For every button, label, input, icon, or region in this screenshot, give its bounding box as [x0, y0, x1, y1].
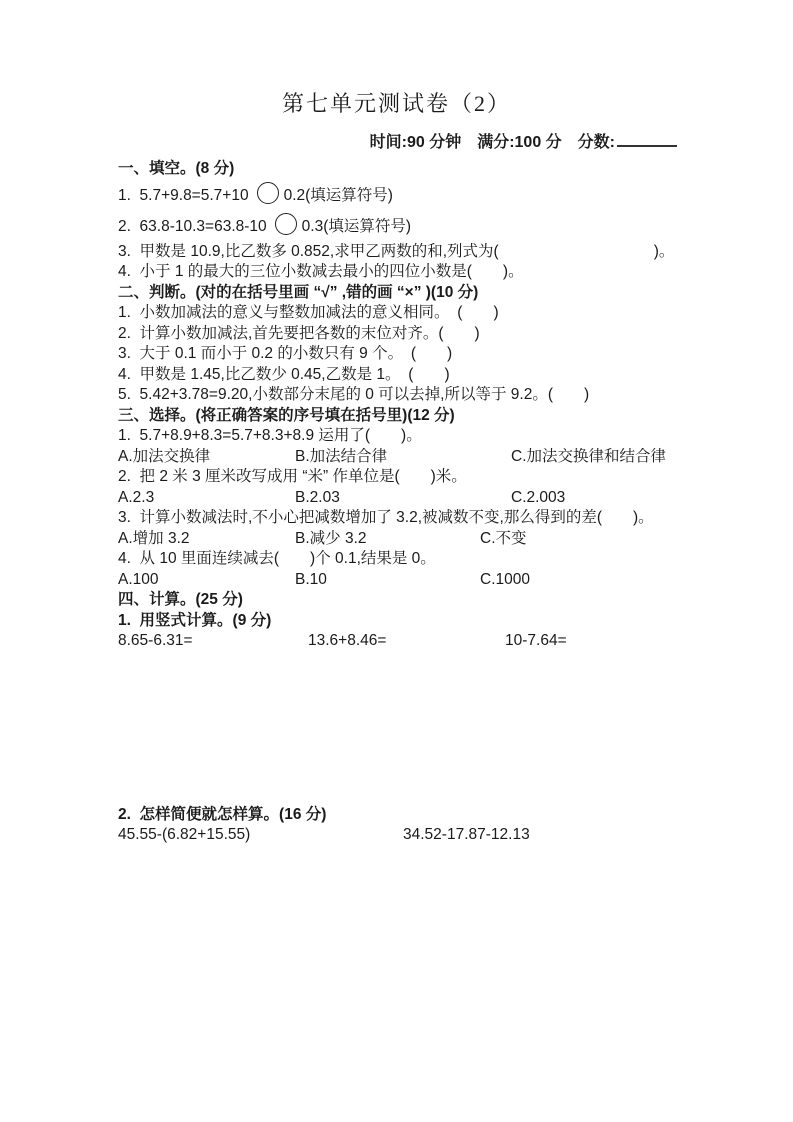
- choice-options-2: A.2.3 B.2.03 C.2.003: [118, 488, 677, 509]
- judge-item-4: 4. 甲数是 1.45,比乙数少 0.45,乙数是 1。 ( ): [118, 365, 677, 386]
- choice-question-3: 3. 计算小数减法时,不小心把减数增加了 3.2,被减数不变,那么得到的差( )…: [118, 508, 677, 529]
- judge-item-5: 5. 5.42+3.78=9.20,小数部分末尾的 0 可以去掉,所以等于 9.…: [118, 385, 677, 406]
- fill-q1: 1. 5.7+9.8=5.7+100.2(填运算符号): [118, 180, 677, 211]
- choice-question-1: 1. 5.7+8.9+8.3=5.7+8.3+8.9 运用了( )。: [118, 426, 677, 447]
- exam-info-text: 时间:90 分钟 满分:100 分 分数:: [370, 134, 615, 151]
- choice-options-4: A.100 B.10 C.1000: [118, 570, 677, 591]
- option-2a: A.2.3: [118, 488, 154, 509]
- calc-subheading-1: 1. 用竖式计算。(9 分): [118, 611, 677, 632]
- fill-q4: 4. 小于 1 的最大的三位小数减去最小的四位小数是( )。: [118, 262, 677, 283]
- judge-item-1: 1. 小数加减法的意义与整数加减法的意义相同。 ( ): [118, 303, 677, 324]
- section-heading-judge: 二、判断。(对的在括号里画 “√” ,错的画 “×” )(10 分): [118, 283, 677, 304]
- operator-circle-2: [275, 213, 297, 235]
- exam-body: 一、填空。(8 分) 1. 5.7+9.8=5.7+100.2(填运算符号) 2…: [118, 159, 677, 846]
- option-4b: B.10: [295, 570, 327, 591]
- option-1b: B.加法结合律: [295, 447, 387, 468]
- fill-q1-left: 1. 5.7+9.8=5.7+10: [118, 187, 249, 204]
- page-title: 第七单元测试卷（2）: [0, 90, 793, 118]
- option-2c: C.2.003: [511, 488, 565, 509]
- fill-q2-left: 2. 63.8-10.3=63.8-10: [118, 218, 267, 235]
- vertical-calc-row: 8.65-6.31= 13.6+8.46= 10-7.64=: [118, 631, 677, 652]
- judge-item-2: 2. 计算小数加减法,首先要把各数的末位对齐。( ): [118, 324, 677, 345]
- option-3a: A.增加 3.2: [118, 529, 190, 550]
- score-blank-line: [617, 144, 677, 147]
- equation-1: 8.65-6.31=: [118, 631, 193, 652]
- fill-q2: 2. 63.8-10.3=63.8-100.3(填运算符号): [118, 211, 677, 242]
- option-2b: B.2.03: [295, 488, 340, 509]
- exam-paper: 第七单元测试卷（2） 时间:90 分钟 满分:100 分 分数: 一、填空。(8…: [0, 0, 793, 1122]
- option-1a: A.加法交换律: [118, 447, 210, 468]
- option-1c: C.加法交换律和结合律: [511, 447, 666, 468]
- option-4a: A.100: [118, 570, 159, 591]
- operator-circle-1: [257, 182, 279, 204]
- option-4c: C.1000: [480, 570, 530, 591]
- simplify-calc-row: 45.55-(6.82+15.55) 34.52-17.87-12.13: [118, 825, 677, 846]
- equation-3: 10-7.64=: [505, 631, 567, 652]
- fill-q1-right: 0.2(填运算符号): [284, 187, 393, 204]
- judge-item-3: 3. 大于 0.1 而小于 0.2 的小数只有 9 个。 ( ): [118, 344, 677, 365]
- choice-options-3: A.增加 3.2 B.减少 3.2 C.不变: [118, 529, 677, 550]
- section-heading-choice: 三、选择。(将正确答案的序号填在括号里)(12 分): [118, 406, 677, 427]
- choice-options-1: A.加法交换律 B.加法结合律 C.加法交换律和结合律: [118, 447, 677, 468]
- section-heading-fill: 一、填空。(8 分): [118, 159, 677, 180]
- expression-1: 45.55-(6.82+15.55): [118, 825, 250, 846]
- section-heading-calc: 四、计算。(25 分): [118, 590, 677, 611]
- choice-question-2: 2. 把 2 米 3 厘米改写成用 “米” 作单位是( )米。: [118, 467, 677, 488]
- equation-2: 13.6+8.46=: [308, 631, 386, 652]
- fill-q3: 3. 甲数是 10.9,比乙数多 0.852,求甲乙两数的和,列式为( )。: [118, 242, 677, 263]
- option-3b: B.减少 3.2: [295, 529, 367, 550]
- exam-info: 时间:90 分钟 满分:100 分 分数:: [118, 132, 677, 154]
- calc-subheading-2: 2. 怎样简便就怎样算。(16 分): [118, 805, 677, 826]
- expression-2: 34.52-17.87-12.13: [403, 825, 530, 846]
- choice-question-4: 4. 从 10 里面连续减去( )个 0.1,结果是 0。: [118, 549, 677, 570]
- option-3c: C.不变: [480, 529, 527, 550]
- fill-q2-right: 0.3(填运算符号): [302, 218, 411, 235]
